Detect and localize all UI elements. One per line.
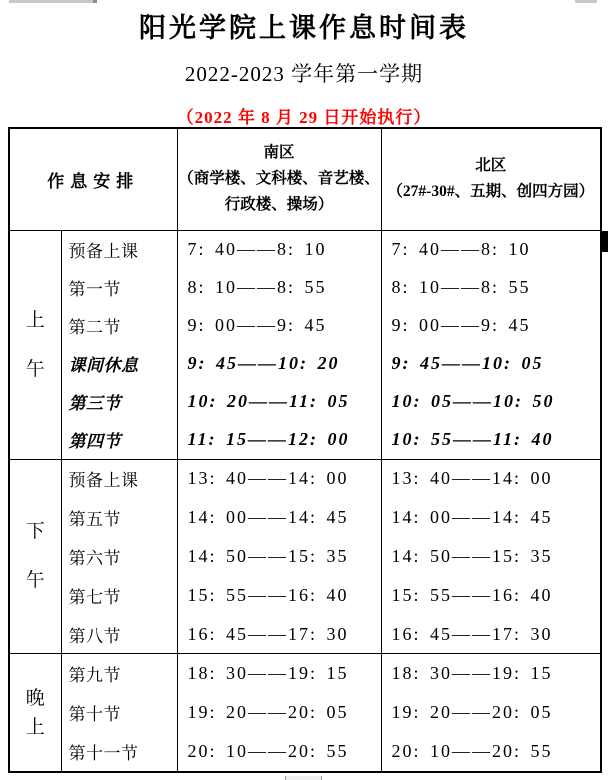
period-label: 第二节 bbox=[62, 307, 177, 345]
north-time: 19: 20——20: 05 bbox=[382, 693, 601, 732]
table-header-row: 作息安排 南区 （商学楼、文科楼、音艺楼、 行政楼、操场） 北区 （27#-30… bbox=[9, 128, 601, 230]
period-label: 第十一节 bbox=[62, 732, 177, 771]
north-time: 10: 05——10: 50 bbox=[382, 383, 601, 421]
effective-date-notice: （2022 年 8 月 29 日开始执行） bbox=[0, 103, 608, 128]
section-afternoon: 下午 预备上课 第五节 第六节 第七节 第八节 13: 40——14: 00 1… bbox=[9, 459, 601, 654]
north-time: 15: 55——16: 40 bbox=[382, 576, 601, 615]
south-time: 7: 40——8: 10 bbox=[178, 231, 381, 269]
north-time: 14: 50——15: 35 bbox=[382, 537, 601, 576]
page-title: 阳光学院上课作息时间表 bbox=[0, 6, 608, 45]
period-label: 第六节 bbox=[62, 537, 177, 576]
north-time: 18: 30——19: 15 bbox=[382, 654, 601, 693]
south-time: 14: 50——15: 35 bbox=[178, 537, 381, 576]
north-time-column: 13: 40——14: 00 14: 00——14: 45 14: 50——15… bbox=[381, 459, 601, 654]
north-time: 7: 40——8: 10 bbox=[382, 231, 601, 269]
period-label: 第五节 bbox=[62, 498, 177, 537]
section-group-cell: 下午 bbox=[9, 459, 61, 654]
period-label: 第四节 bbox=[62, 421, 177, 459]
south-time: 14: 00——14: 45 bbox=[178, 498, 381, 537]
north-time: 20: 10——20: 55 bbox=[382, 732, 601, 771]
north-time-column: 7: 40——8: 10 8: 10——8: 55 9: 00——9: 45 9… bbox=[381, 230, 601, 459]
north-campus-name: 北区 bbox=[382, 153, 601, 179]
period-label: 第十节 bbox=[62, 693, 177, 732]
south-time-column: 7: 40——8: 10 8: 10——8: 55 9: 00——9: 45 9… bbox=[177, 230, 381, 459]
south-time: 18: 30——19: 15 bbox=[178, 654, 381, 693]
period-label: 第一节 bbox=[62, 269, 177, 307]
south-time: 10: 20——11: 05 bbox=[178, 383, 381, 421]
header-north-campus: 北区 （27#-30#、五期、创四方园） bbox=[381, 128, 601, 230]
south-time: 20: 10——20: 55 bbox=[178, 732, 381, 771]
north-time: 13: 40——14: 00 bbox=[382, 460, 601, 499]
north-time-column: 18: 30——19: 15 19: 20——20: 05 20: 10——20… bbox=[381, 654, 601, 773]
south-time: 9: 45——10: 20 bbox=[178, 345, 381, 383]
section-morning: 上午 预备上课 第一节 第二节 课间休息 第三节 第四节 7: 40——8: 1… bbox=[9, 230, 601, 459]
south-time: 19: 20——20: 05 bbox=[178, 693, 381, 732]
top-right-scrollbar-fragment bbox=[575, 0, 597, 3]
section-group-cell: 上午 bbox=[9, 230, 61, 459]
south-time: 8: 10——8: 55 bbox=[178, 269, 381, 307]
north-time: 9: 00——9: 45 bbox=[382, 307, 601, 345]
section-evening: 晚上 第九节 第十节 第十一节 18: 30——19: 15 19: 20——2… bbox=[9, 654, 601, 773]
period-label: 预备上课 bbox=[62, 460, 177, 499]
south-time: 15: 55——16: 40 bbox=[178, 576, 381, 615]
section-group-label: 下午 bbox=[24, 507, 46, 605]
north-time: 8: 10——8: 55 bbox=[382, 269, 601, 307]
horizontal-scrollbar-thumb[interactable] bbox=[285, 776, 322, 780]
document-page: 阳光学院上课作息时间表 2022-2023 学年第一学期 （2022 年 8 月… bbox=[0, 6, 608, 128]
timetable: 作息安排 南区 （商学楼、文科楼、音艺楼、 行政楼、操场） 北区 （27#-30… bbox=[8, 127, 602, 773]
section-group-cell: 晚上 bbox=[9, 654, 61, 773]
section-group-label: 上午 bbox=[24, 296, 46, 394]
top-left-scrollbar-fragment bbox=[9, 0, 97, 3]
north-time: 14: 00——14: 45 bbox=[382, 498, 601, 537]
period-label: 第八节 bbox=[62, 615, 177, 654]
section-group-label: 晚上 bbox=[24, 684, 46, 742]
south-time: 13: 40——14: 00 bbox=[178, 460, 381, 499]
south-time-column: 18: 30——19: 15 19: 20——20: 05 20: 10——20… bbox=[177, 654, 381, 773]
south-campus-detail: （商学楼、文科楼、音艺楼、 bbox=[178, 166, 381, 192]
header-south-campus: 南区 （商学楼、文科楼、音艺楼、 行政楼、操场） bbox=[177, 128, 381, 230]
north-campus-detail: （27#-30#、五期、创四方园） bbox=[382, 179, 601, 205]
south-time-column: 13: 40——14: 00 14: 00——14: 45 14: 50——15… bbox=[177, 459, 381, 654]
page-subtitle: 2022-2023 学年第一学期 bbox=[0, 58, 608, 88]
header-schedule: 作息安排 bbox=[9, 128, 177, 230]
south-time: 16: 45——17: 30 bbox=[178, 615, 381, 654]
period-column: 预备上课 第一节 第二节 课间休息 第三节 第四节 bbox=[61, 230, 177, 459]
south-time: 11: 15——12: 00 bbox=[178, 421, 381, 459]
period-label: 第三节 bbox=[62, 383, 177, 421]
south-campus-name: 南区 bbox=[178, 140, 381, 166]
north-time: 16: 45——17: 30 bbox=[382, 615, 601, 654]
period-label: 预备上课 bbox=[62, 231, 177, 269]
north-time: 10: 55——11: 40 bbox=[382, 421, 601, 459]
period-label: 第九节 bbox=[62, 654, 177, 693]
south-campus-detail: 行政楼、操场） bbox=[178, 192, 381, 218]
period-column: 预备上课 第五节 第六节 第七节 第八节 bbox=[61, 459, 177, 654]
period-column: 第九节 第十节 第十一节 bbox=[61, 654, 177, 773]
period-label: 课间休息 bbox=[62, 345, 177, 383]
north-time: 9: 45——10: 05 bbox=[382, 345, 601, 383]
south-time: 9: 00——9: 45 bbox=[178, 307, 381, 345]
period-label: 第七节 bbox=[62, 576, 177, 615]
